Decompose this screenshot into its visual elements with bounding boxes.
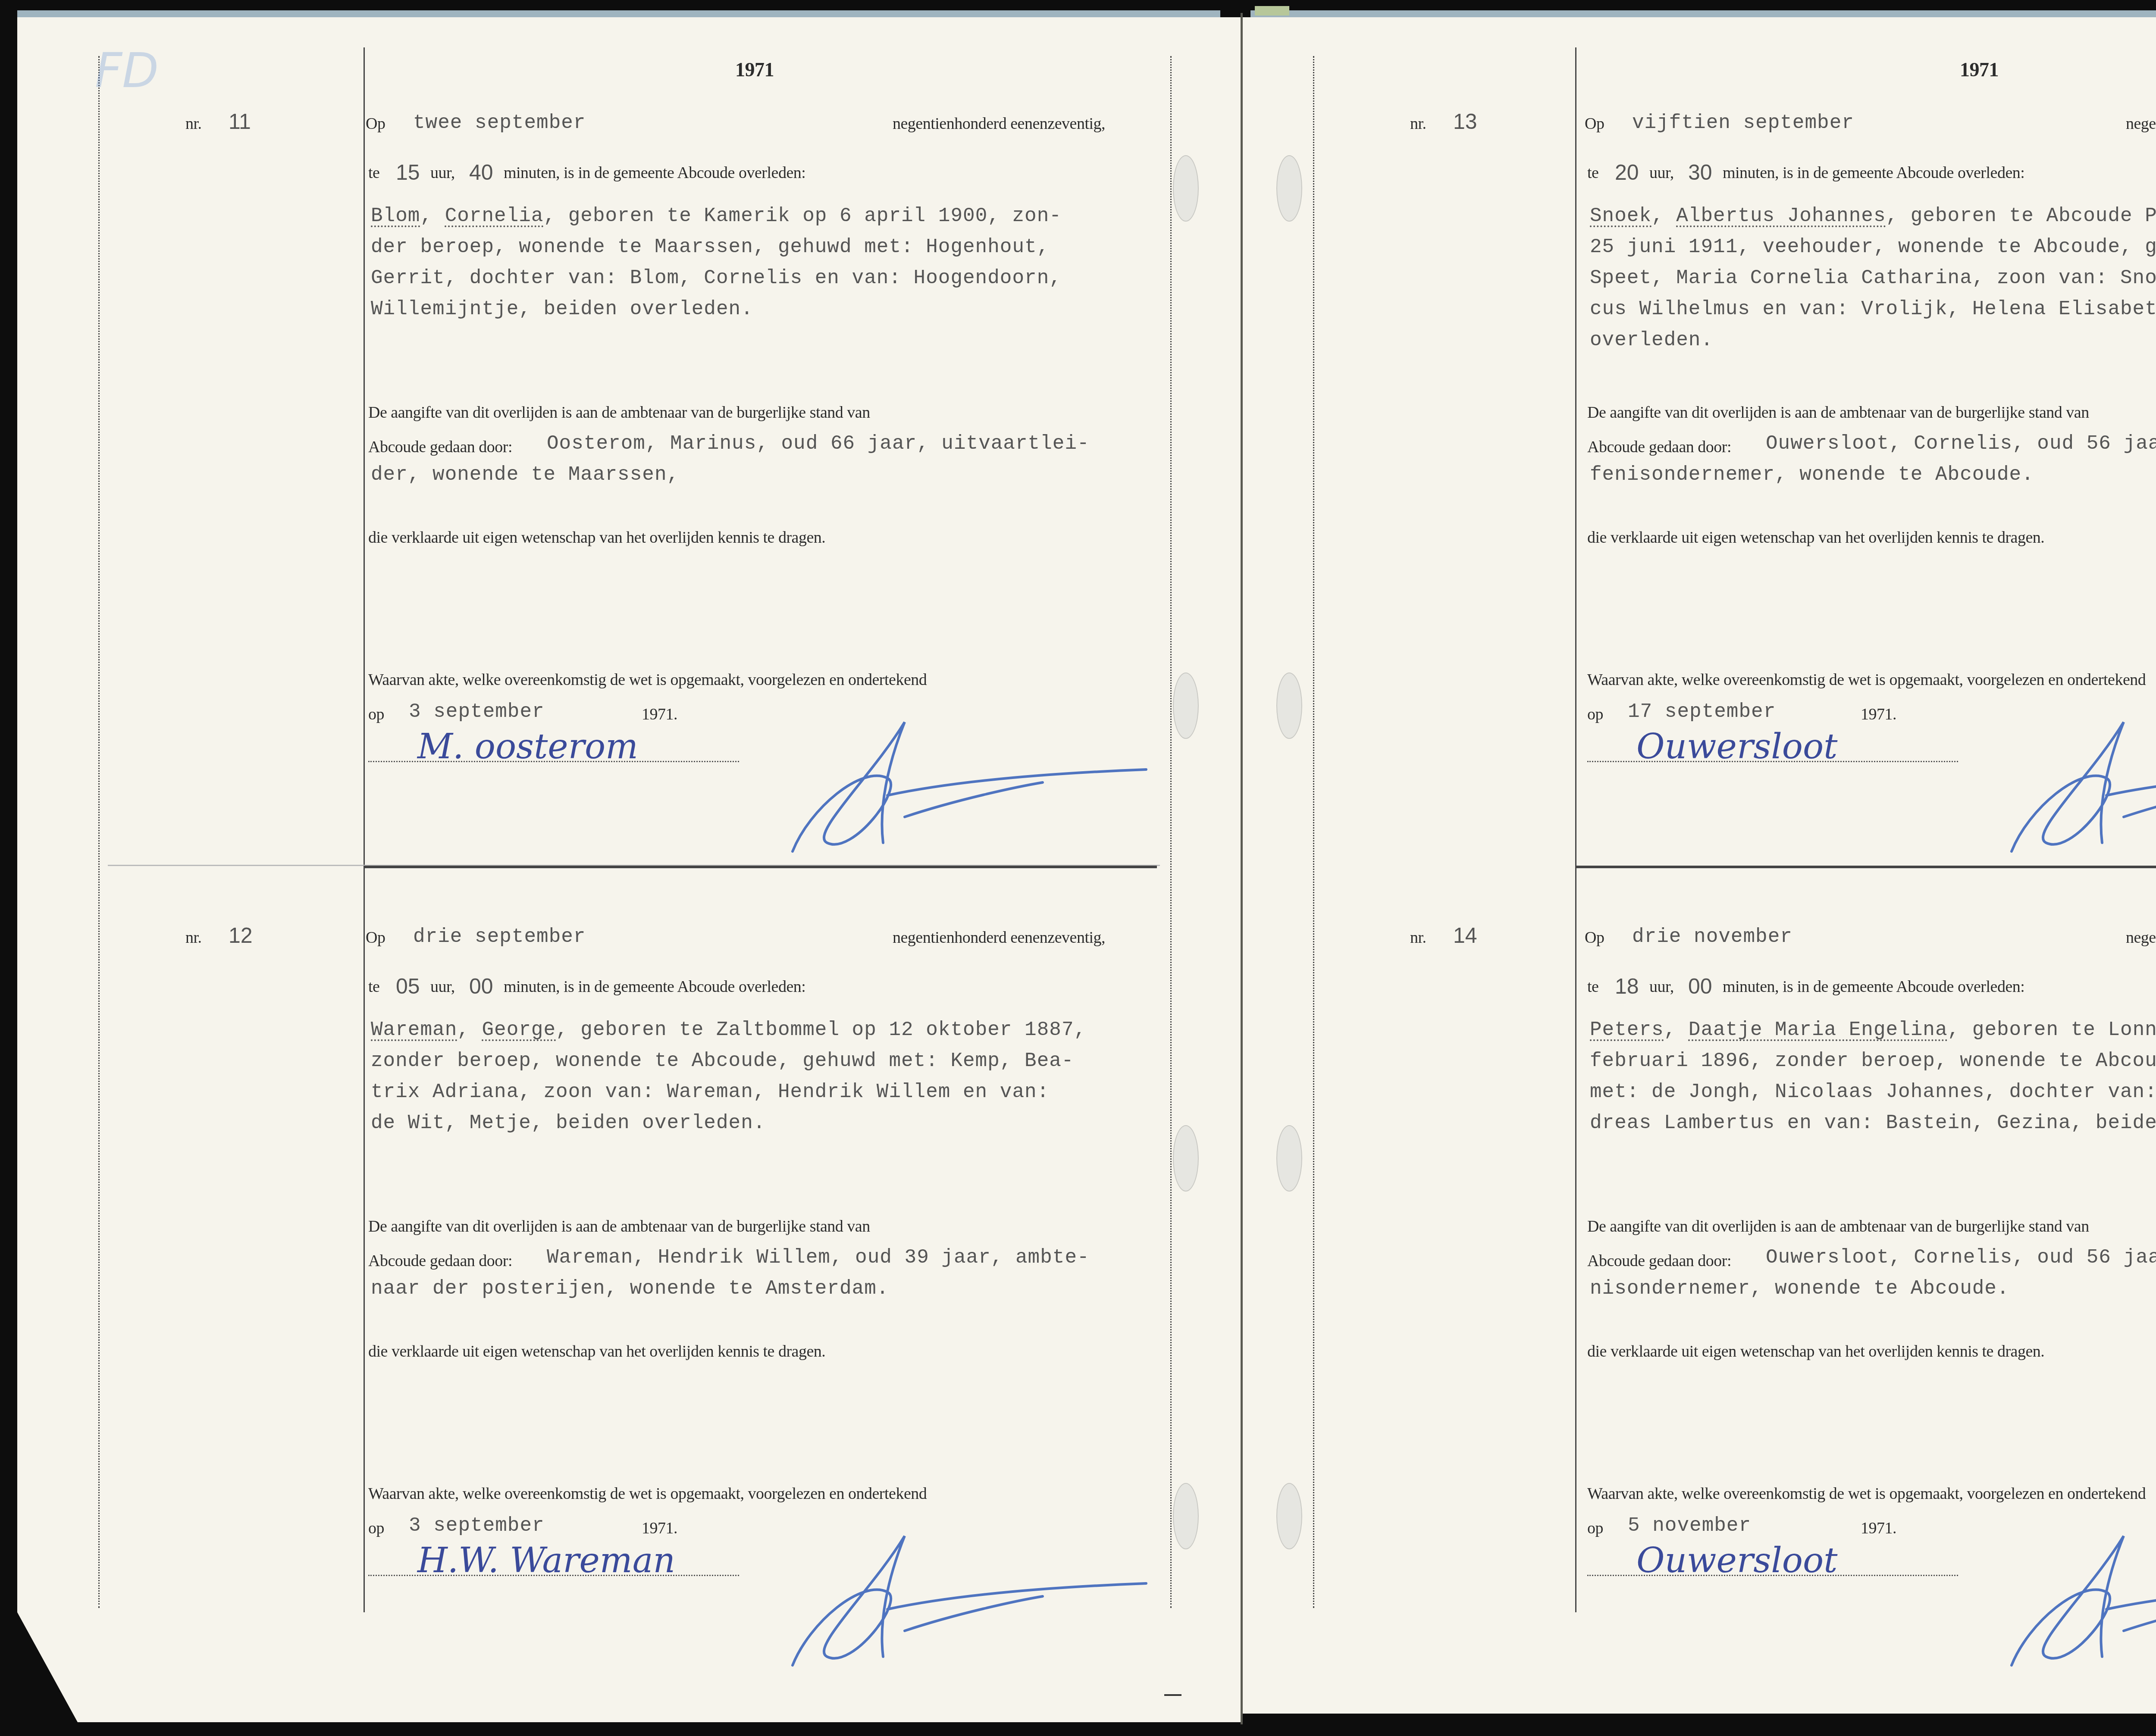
aangifte-by-label: Abcoude gedaan door:: [1587, 438, 1731, 457]
minuten-label: minuten, is in de gemeente Abcoude overl…: [1723, 977, 2024, 996]
deceased-details-line: de Wit, Metje, beiden overleden.: [371, 1112, 765, 1134]
op-label: Op: [366, 114, 385, 133]
punch-hole: [1276, 1125, 1302, 1192]
informant-line: fenisondernemer, wonende te Abcoude.: [1590, 463, 2034, 486]
deceased-details-line: overleden.: [1590, 329, 1713, 351]
act-year: 1971.: [1861, 1519, 1896, 1538]
punch-hole: [1173, 155, 1199, 222]
record-number: 13: [1453, 109, 1477, 134]
op-lower-label: op: [368, 705, 384, 724]
op-lower-label: op: [368, 1519, 384, 1538]
initials-mark-left: FD: [95, 43, 159, 98]
record-number: 14: [1453, 923, 1477, 948]
act-date: 3 september: [409, 701, 545, 723]
official-signature-icon: [775, 713, 1163, 869]
year-header-left: 1971: [735, 58, 774, 81]
declaration-text: die verklaarde uit eigen wetenschap van …: [368, 1342, 825, 1361]
column-rule: [364, 47, 365, 1612]
deceased-line: Wareman, George, geboren te Zaltbommel o…: [371, 1019, 1086, 1041]
deceased-given-names: Albertus Johannes: [1676, 205, 1886, 227]
deceased-given-names: George: [482, 1019, 556, 1041]
year-header-right: 1971: [1960, 58, 1999, 81]
record-number-label: nr.: [185, 114, 202, 133]
act-date: 17 september: [1628, 701, 1776, 723]
margin-dotted-line: [98, 56, 100, 1608]
op-label: Op: [1585, 114, 1604, 133]
death-hour: 20: [1615, 160, 1639, 185]
op-label: Op: [366, 928, 385, 947]
record-number: 12: [229, 923, 253, 948]
separator: ,: [1651, 205, 1676, 227]
informant-line: nisondernemer, wonende te Abcoude.: [1590, 1277, 2009, 1300]
deceased-details-line: Willemijntje, beiden overleden.: [371, 298, 753, 320]
record-number-label: nr.: [1410, 114, 1426, 133]
century-words: negentienhonderd eenenzeventig,: [2126, 114, 2156, 133]
deceased-surname: Peters: [1590, 1019, 1664, 1041]
deceased-details-line: trix Adriana, zoon van: Wareman, Hendrik…: [371, 1081, 1049, 1103]
record-number-label: nr.: [1410, 928, 1426, 947]
margin-dotted-line: [1170, 56, 1172, 1608]
deceased-details-line: 25 juni 1911, veehouder, wonende te Abco…: [1590, 236, 2156, 258]
aangifte-by-label: Abcoude gedaan door:: [368, 438, 512, 457]
tick-mark: [1164, 1694, 1181, 1696]
separator: ,: [420, 205, 445, 227]
deceased-details-line: dreas Lambertus en van: Bastein, Gezina,…: [1590, 1112, 2156, 1134]
century-words: negentienhonderd eenenzeventig,: [893, 114, 1105, 133]
deceased-surname: Blom: [371, 205, 420, 227]
separator: ,: [457, 1019, 482, 1041]
binding-tape-tag: [1255, 6, 1289, 16]
deceased-details-line: der beroep, wonende te Maarssen, gehuwd …: [371, 236, 1049, 258]
century-words: negentienhonderd eenenzeventig,: [2126, 928, 2156, 947]
punch-hole: [1276, 673, 1302, 739]
act-statement: Waarvan akte, welke overeenkomstig de we…: [368, 670, 927, 689]
act-year: 1971.: [642, 1519, 677, 1538]
aangifte-text: De aangifte van dit overlijden is aan de…: [368, 1217, 870, 1236]
deceased-details-line: Gerrit, dochter van: Blom, Cornelis en v…: [371, 267, 1062, 289]
deceased-details-line: met: de Jongh, Nicolaas Johannes, dochte…: [1590, 1081, 2156, 1103]
informant-line: Ouwersloot, Cornelis, oud 56 jaar, begra…: [1766, 1246, 2156, 1269]
deceased-details: , geboren te Kamerik op 6 april 1900, zo…: [543, 205, 1061, 227]
punch-hole: [1173, 1483, 1199, 1549]
death-date-words: drie november: [1632, 926, 1792, 948]
deceased-details-line: cus Wilhelmus en van: Vrolijk, Helena El…: [1590, 298, 2156, 320]
deceased-surname: Wareman: [371, 1019, 457, 1041]
informant-line: Wareman, Hendrik Willem, oud 39 jaar, am…: [547, 1246, 1090, 1269]
uur-label: uur,: [1649, 977, 1674, 996]
informant-line: naar der posterijen, wonende te Amsterda…: [371, 1277, 889, 1300]
deceased-details-line: februari 1896, zonder beroep, wonende te…: [1590, 1050, 2156, 1072]
deceased-details: , geboren te Lonneker op 4: [1948, 1019, 2156, 1041]
punch-hole: [1173, 1125, 1199, 1192]
te-label: te: [1587, 977, 1598, 996]
act-statement: Waarvan akte, welke overeenkomstig de we…: [1587, 1484, 2146, 1503]
death-hour: 05: [396, 974, 420, 999]
minuten-label: minuten, is in de gemeente Abcoude overl…: [504, 977, 805, 996]
deceased-details: , geboren te Abcoude Proostdij op: [1886, 205, 2156, 227]
death-hour: 15: [396, 160, 420, 185]
deceased-surname: Snoek: [1590, 205, 1651, 227]
op-label: Op: [1585, 928, 1604, 947]
official-signature-icon: [1994, 1527, 2156, 1683]
informant-signature: H.W. Wareman: [417, 1540, 675, 1580]
te-label: te: [368, 163, 379, 182]
death-minute: 30: [1688, 160, 1712, 185]
aangifte-text: De aangifte van dit overlijden is aan de…: [368, 403, 870, 422]
aangifte-text: De aangifte van dit overlijden is aan de…: [1587, 403, 2089, 422]
death-date-words: drie september: [413, 926, 586, 948]
deceased-details-line: zonder beroep, wonende te Abcoude, gehuw…: [371, 1050, 1074, 1072]
aangifte-by-label: Abcoude gedaan door:: [1587, 1251, 1731, 1270]
uur-label: uur,: [430, 977, 455, 996]
death-date-words: twee september: [413, 112, 586, 134]
punch-hole: [1276, 155, 1302, 222]
op-lower-label: op: [1587, 1519, 1603, 1538]
book-spine: [1241, 13, 1243, 1724]
record-number-label: nr.: [185, 928, 202, 947]
act-date: 3 september: [409, 1514, 545, 1537]
uur-label: uur,: [1649, 163, 1674, 182]
column-rule: [1575, 47, 1576, 1612]
informant-signature: Ouwersloot: [1636, 1540, 1837, 1580]
death-hour: 18: [1615, 974, 1639, 999]
deceased-details-line: Speet, Maria Cornelia Catharina, zoon va…: [1590, 267, 2156, 289]
te-label: te: [1587, 163, 1598, 182]
deceased-details: , geboren te Zaltbommel op 12 oktober 18…: [556, 1019, 1086, 1041]
death-date-words: vijftien september: [1632, 112, 1854, 134]
op-lower-label: op: [1587, 705, 1603, 724]
century-words: negentienhonderd eenenzeventig,: [893, 928, 1105, 947]
aangifte-text: De aangifte van dit overlijden is aan de…: [1587, 1217, 2089, 1236]
informant-signature: M. oosterom: [417, 726, 638, 766]
deceased-given-names: Daatje Maria Engelina: [1689, 1019, 1948, 1041]
punch-hole: [1173, 673, 1199, 739]
death-minute: 00: [1688, 974, 1712, 999]
official-signature-icon: [1994, 713, 2156, 869]
declaration-text: die verklaarde uit eigen wetenschap van …: [1587, 1342, 2044, 1361]
uur-label: uur,: [430, 163, 455, 182]
deceased-given-names: Cornelia: [445, 205, 544, 227]
act-statement: Waarvan akte, welke overeenkomstig de we…: [368, 1484, 927, 1503]
declaration-text: die verklaarde uit eigen wetenschap van …: [1587, 528, 2044, 547]
separator: ,: [1664, 1019, 1689, 1041]
margin-dotted-line: [1313, 56, 1314, 1608]
te-label: te: [368, 977, 379, 996]
official-signature-icon: [775, 1527, 1163, 1683]
deceased-line: Snoek, Albertus Johannes, geboren te Abc…: [1590, 205, 2156, 227]
deceased-line: Blom, Cornelia, geboren te Kamerik op 6 …: [371, 205, 1062, 227]
informant-signature: Ouwersloot: [1636, 726, 1837, 766]
act-year: 1971.: [642, 705, 677, 724]
punch-hole: [1276, 1483, 1302, 1549]
minuten-label: minuten, is in de gemeente Abcoude overl…: [1723, 163, 2024, 182]
death-minute: 00: [469, 974, 493, 999]
deceased-line: Peters, Daatje Maria Engelina, geboren t…: [1590, 1019, 2156, 1041]
informant-line: der, wonende te Maarssen,: [371, 463, 679, 486]
act-statement: Waarvan akte, welke overeenkomstig de we…: [1587, 670, 2146, 689]
informant-line: Oosterom, Marinus, oud 66 jaar, uitvaart…: [547, 432, 1090, 455]
death-minute: 40: [469, 160, 493, 185]
record-number: 11: [229, 109, 251, 134]
aangifte-by-label: Abcoude gedaan door:: [368, 1251, 512, 1270]
declaration-text: die verklaarde uit eigen wetenschap van …: [368, 528, 825, 547]
act-date: 5 november: [1628, 1514, 1751, 1537]
minuten-label: minuten, is in de gemeente Abcoude overl…: [504, 163, 805, 182]
informant-line: Ouwersloot, Cornelis, oud 56 jaar, begra…: [1766, 432, 2156, 455]
act-year: 1971.: [1861, 705, 1896, 724]
